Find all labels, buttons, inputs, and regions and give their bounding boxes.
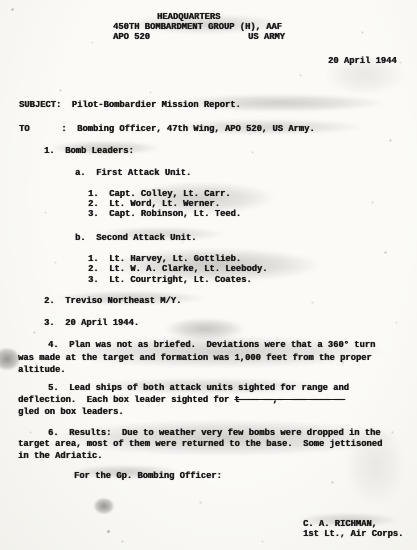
paper-specks — [0, 0, 1, 1]
para-6-line-1: 6. Results: Due to weather very few bomb… — [48, 428, 381, 438]
unit-a-crew-1: 1. Capt. Colley, Lt. Carr. — [88, 189, 231, 199]
para-5-line-3: gled on box leaders. — [18, 407, 124, 417]
para-6-line-3: in the Adriatic. — [18, 451, 102, 461]
para-4-line-2: was made at the target and formation was… — [18, 353, 372, 363]
scanned-document-page: HEADQUARTERS 450TH BOMBARDMENT GROUP (H)… — [0, 0, 417, 550]
para-5-line-2-text: deflection. Each box leader sighted for — [18, 395, 234, 405]
para-4-line-3: altitude. — [18, 365, 66, 375]
closing-line: For the Gp. Bombing Officer: — [74, 471, 222, 481]
unit-a-crew-2: 2. Lt. Word, Lt. Werner. — [88, 199, 220, 209]
unit-b-heading: b. Second Attack Unit. — [75, 233, 196, 243]
header-apo: APO 520 — [113, 32, 150, 42]
subject-line: SUBJECT: Pilot-Bombardier Mission Report… — [19, 100, 241, 110]
unit-a-crew-3: 3. Capt. Robinson, Lt. Teed. — [88, 209, 241, 219]
para-5-line-1: 5. Lead ships of both attack units sight… — [48, 383, 349, 393]
struck-out-text: t———— ——,— ——— ———— —— — [234, 395, 344, 405]
unit-b-crew-3: 3. Lt. Courtright, Lt. Coates. — [88, 275, 252, 285]
unit-b-crew-2: 2. Lt. W. A. Clarke, Lt. Leebody. — [88, 264, 268, 274]
signature-title: 1st Lt., Air Corps. — [303, 529, 403, 539]
toner-smudge — [165, 318, 245, 340]
para-6-line-2: target area, most of them were returned … — [18, 439, 382, 449]
item-2-target: 2. Treviso Northeast M/Y. — [44, 296, 181, 306]
para-4-line-1: 4. Plan was not as briefed. Deviations w… — [48, 340, 375, 350]
para-5-line-2: deflection. Each box leader sighted for … — [18, 395, 344, 405]
to-line: TO : Bombing Officer, 47th Wing, APO 520… — [19, 124, 315, 134]
item-1-bomb-leaders: 1. Bomb Leaders: — [44, 146, 134, 156]
header-line-2: 450TH BOMBARDMENT GROUP (H), AAF — [113, 22, 282, 32]
unit-a-heading: a. First Attack Unit. — [75, 168, 191, 178]
header-army: US ARMY — [248, 32, 285, 42]
signature-name: C. A. RICHMAN, — [303, 519, 377, 529]
toner-smudge — [55, 420, 395, 456]
header-line-1: HEADQUARTERS — [157, 12, 220, 22]
ink-blot — [94, 498, 114, 514]
date-line: 20 April 1944 — [328, 56, 397, 66]
ink-blot — [0, 348, 20, 370]
item-3-date: 3. 20 April 1944. — [44, 318, 139, 328]
unit-b-crew-1: 1. Lt. Harvey, Lt. Gottlieb. — [88, 254, 241, 264]
